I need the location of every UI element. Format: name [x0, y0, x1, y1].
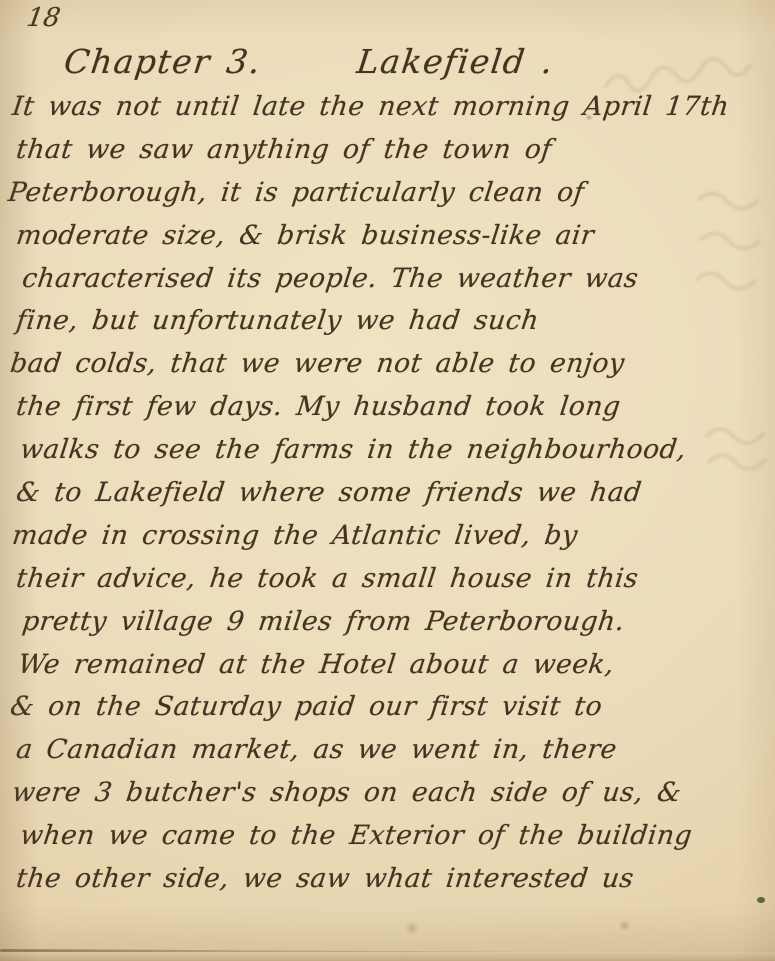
handwritten-line: It was not until late the next morning A…: [9, 91, 773, 134]
handwritten-line: the other side, we saw what interested u…: [13, 863, 773, 906]
handwritten-line: a Canadian market, as we went in, there: [13, 734, 773, 777]
chapter-title: Chapter 3. Lakefield .: [62, 42, 556, 81]
handwritten-line: & on the Saturday paid our first visit t…: [7, 691, 773, 734]
handwritten-line: when we came to the Exterior of the buil…: [17, 820, 773, 863]
manuscript-scan: { "page": { "number": "18", "title": "Ch…: [0, 0, 775, 961]
handwritten-line: pretty village 9 miles from Peterborough…: [19, 606, 773, 649]
handwritten-line: & to Lakefield where some friends we had: [13, 477, 773, 520]
handwritten-line: bad colds, that we were not able to enjo…: [7, 348, 773, 391]
handwritten-line: the first few days. My husband took long: [13, 391, 773, 434]
handwritten-line: characterised its people. The weather wa…: [19, 263, 773, 306]
handwritten-line: were 3 butcher's shops on each side of u…: [9, 777, 773, 820]
handwritten-line: moderate size, & brisk business-like air: [13, 220, 773, 263]
page-number: 18: [25, 3, 63, 33]
handwritten-line: made in crossing the Atlantic lived, by: [9, 520, 773, 563]
handwritten-line: Peterborough, it is particularly clean o…: [5, 177, 773, 220]
manuscript-page: 18 Chapter 3. Lakefield . It was not unt…: [0, 0, 775, 961]
handwritten-line: their advice, he took a small house in t…: [13, 563, 773, 606]
handwritten-line: that we saw anything of the town of: [13, 134, 773, 177]
handwritten-line: We remained at the Hotel about a week,: [15, 649, 773, 692]
page-bottom-edge: [0, 952, 775, 961]
paper-stain: [618, 920, 631, 931]
handwritten-text-block: It was not until late the next morning A…: [13, 91, 768, 906]
handwritten-line: fine, but unfortunately we had such: [13, 305, 773, 348]
paper-stain: [404, 922, 420, 934]
handwritten-line: walks to see the farms in the neighbourh…: [17, 434, 773, 477]
